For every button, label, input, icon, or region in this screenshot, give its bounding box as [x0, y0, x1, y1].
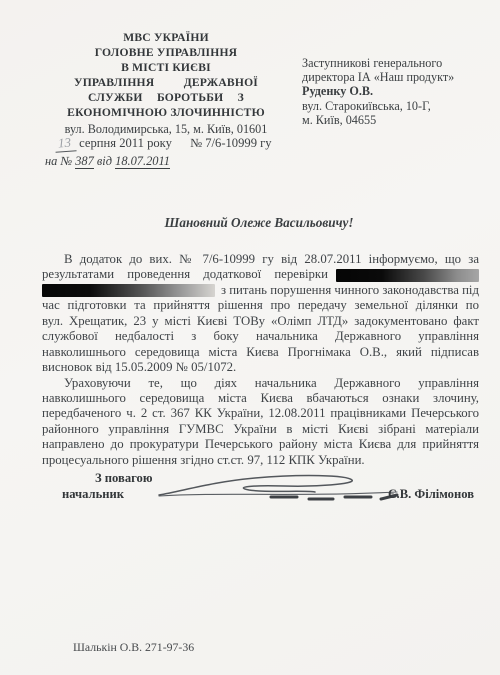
body-line: вул. Хрещатик, 23 у місті Києві ТОВу «Ол…	[42, 314, 479, 329]
body-line: службової недбалості з боку начальника Д…	[42, 329, 479, 344]
recipient-address: вул. Старокиївська, 10-Г,	[302, 99, 482, 113]
scanned-letter-page: МВС УКРАЇНИ ГОЛОВНЕ УПРАВЛІННЯ В МІСТІ К…	[0, 0, 500, 675]
body-line: час підготовки та прийняття рішення про …	[42, 298, 479, 313]
ref-date: 18.07.2011	[115, 154, 170, 169]
recipient-name: Руденку О.В.	[302, 84, 482, 98]
signature-closing: З повагою	[95, 471, 152, 486]
org-name-line: ЕКОНОМІЧНОЮ ЗЛОЧИННІСТЮ	[62, 105, 270, 120]
signature-scribble	[153, 471, 405, 511]
recipient-line: директора ІА «Наш продукт»	[302, 70, 482, 84]
org-name-line: ГОЛОВНЕ УПРАВЛІННЯ	[62, 45, 270, 60]
org-name-line: МВС УКРАЇНИ	[62, 30, 270, 45]
body-line: передбаченого ч. 2 ст. 367 КК України, 1…	[42, 406, 479, 421]
letterhead: МВС УКРАЇНИ ГОЛОВНЕ УПРАВЛІННЯ В МІСТІ К…	[62, 30, 270, 137]
body-line: направлено до прокуратури Печерського ра…	[42, 437, 479, 452]
ref-line: на № 387 від 18.07.2011	[45, 154, 170, 169]
ref-middle: від	[94, 154, 115, 168]
org-name-line: УПРАВЛІННЯ ДЕРЖАВНОЇ	[62, 75, 270, 90]
body-line-text: з питань порушення чинного законодавства…	[221, 283, 479, 298]
body-line-with-redaction: результатами проведення додаткової перев…	[42, 267, 479, 282]
body-line: процесуального рішення згідно ст.ст. 97,…	[42, 453, 479, 468]
date-month-year: серпня 2011 року	[79, 136, 172, 150]
body-line: висновок від 15.05.2009 № 05/1072.	[42, 360, 479, 375]
body-line-with-redaction: з питань порушення чинного законодавства…	[42, 283, 479, 298]
recipient-line: Заступникові генерального	[302, 56, 482, 70]
ref-prefix: на №	[45, 154, 75, 168]
body-line: районного управління ГУМВС України в міс…	[42, 422, 479, 437]
salutation: Шановний Олеже Васильовичу!	[0, 215, 500, 231]
recipient-city: м. Київ, 04655	[302, 113, 482, 127]
doc-number: № 7/6-10999 гу	[190, 136, 272, 151]
body-line: Ураховуючи те, що діях начальника Держав…	[42, 376, 479, 391]
body-line: В додаток до вих. № 7/6-10999 гу від 28.…	[42, 252, 479, 267]
redaction-bar-1	[336, 269, 479, 282]
body-line: навколишнього середовища міста Києва вба…	[42, 391, 479, 406]
redaction-bar-2	[42, 284, 215, 297]
signatory-name: Є.В. Філімонов	[388, 487, 474, 502]
org-name-line: СЛУЖБИ БОРОТЬБИ З	[62, 90, 270, 105]
letter-body: В додаток до вих. № 7/6-10999 гу від 28.…	[42, 252, 479, 468]
body-line-text: результатами проведення додаткової перев…	[42, 267, 328, 282]
ref-number: 387	[75, 154, 94, 169]
body-line: навколишнього середовища міста Києва Про…	[42, 345, 479, 360]
date-line: 13 серпня 2011 року № 7/6-10999 гу	[55, 135, 272, 152]
recipient-block: Заступникові генерального директора ІА «…	[302, 56, 482, 127]
executor-note: Шалькін О.В. 271-97-36	[73, 640, 194, 655]
handwritten-day: 13	[54, 134, 76, 152]
signature-title: начальник	[62, 487, 124, 502]
org-name-line: В МІСТІ КИЄВІ	[62, 60, 270, 75]
